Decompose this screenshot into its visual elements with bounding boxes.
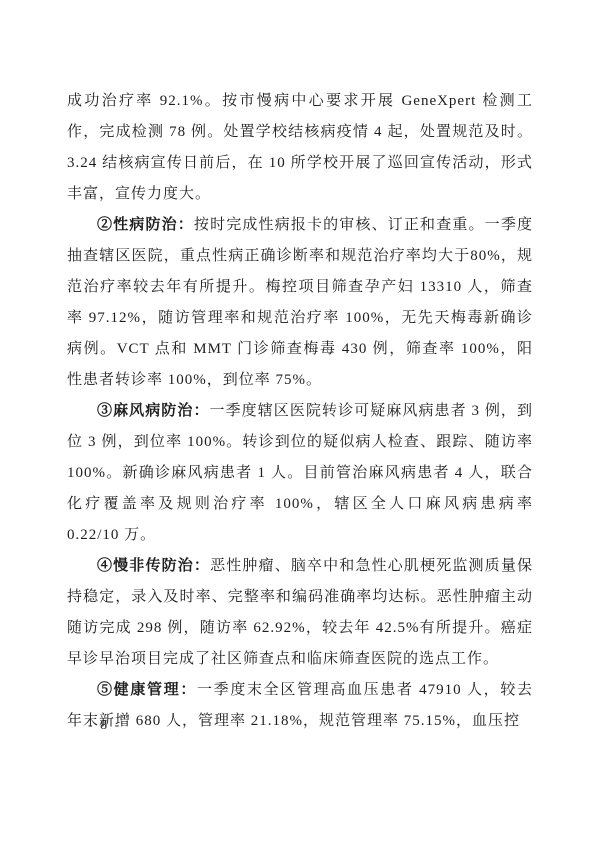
paragraph-chronic-disease-prevention: ④慢非传防治：恶性肿瘤、脑卒中和急性心肌梗死监测质量保持稳定，录入及时率、完整率…	[67, 551, 533, 675]
paragraph-leprosy-prevention: ③麻风病防治：一季度辖区医院转诊可疑麻风病患者 3 例，到位 3 例，到位率 1…	[67, 396, 533, 551]
paragraph-text: 一季度辖区医院转诊可疑麻风病患者 3 例，到位 3 例，到位率 100%。转诊到…	[67, 403, 533, 543]
document-page: 成功治疗率 92.1%。按市慢病中心要求开展 GeneXpert 检测工作，完成…	[0, 0, 600, 850]
paragraph-text: 按时完成性病报卡的审核、订正和查重。一季度抽查辖区医院，重点性病正确诊断率和规范…	[67, 217, 533, 388]
paragraph-heading: ②性病防治：	[97, 217, 194, 233]
paragraph-heading: ⑤健康管理：	[97, 682, 197, 698]
page-number: - 8 -	[88, 718, 121, 734]
paragraph-std-prevention: ②性病防治：按时完成性病报卡的审核、订正和查重。一季度抽查辖区医院，重点性病正确…	[67, 210, 533, 396]
paragraph-heading: ④慢非传防治：	[97, 558, 210, 574]
page-body: 成功治疗率 92.1%。按市慢病中心要求开展 GeneXpert 检测工作，完成…	[67, 86, 533, 737]
paragraph-health-management: ⑤健康管理：一季度末全区管理高血压患者 47910 人，较去年末新增 680 人…	[67, 675, 533, 737]
paragraph-tb-continuation: 成功治疗率 92.1%。按市慢病中心要求开展 GeneXpert 检测工作，完成…	[67, 86, 533, 210]
paragraph-heading: ③麻风病防治：	[97, 403, 210, 419]
paragraph-text: 成功治疗率 92.1%。按市慢病中心要求开展 GeneXpert 检测工作，完成…	[67, 93, 533, 202]
paragraph-text: 恶性肿瘤、脑卒中和急性心肌梗死监测质量保持稳定，录入及时率、完整率和编码准确率均…	[67, 558, 533, 667]
